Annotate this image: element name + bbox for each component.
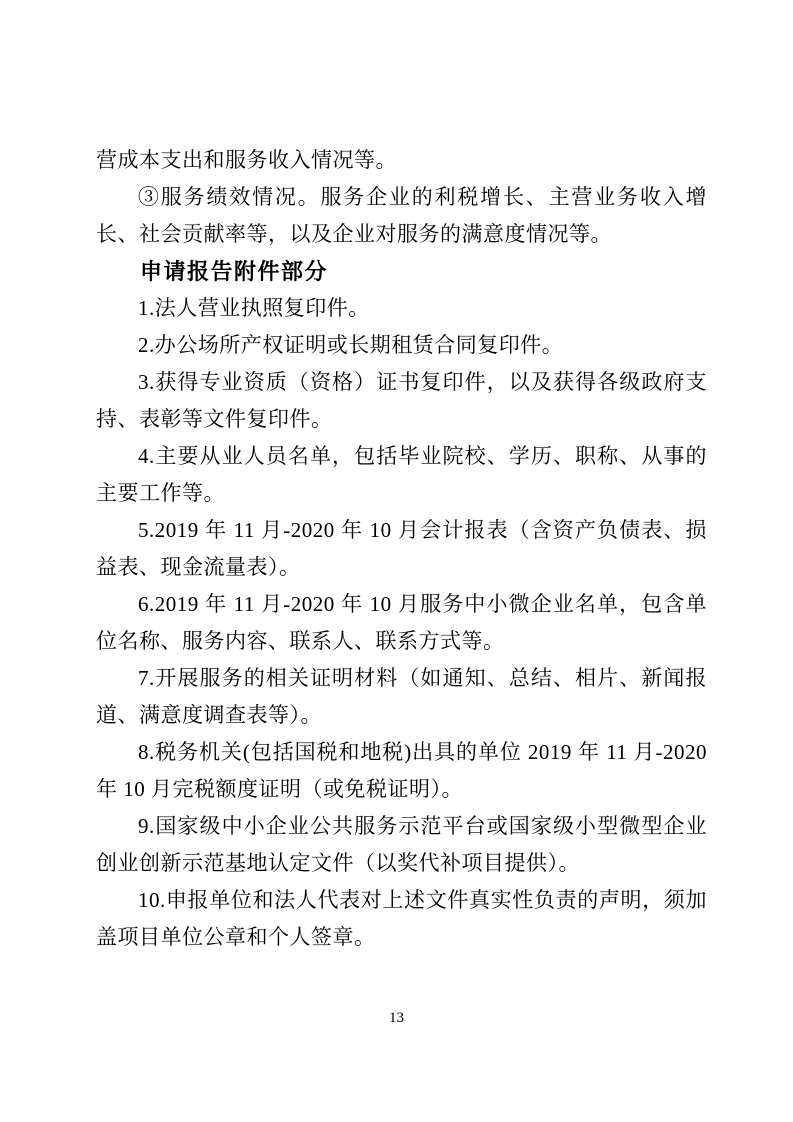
document-page: 营成本支出和服务收入情况等。 ③服务绩效情况。服务企业的利税增长、主营业务收入增… bbox=[0, 0, 793, 1122]
attachment-item-6: 6.2019 年 11 月-2020 年 10 月服务中小微企业名单，包含单位名… bbox=[96, 586, 707, 660]
attachment-item-5: 5.2019 年 11 月-2020 年 10 月会计报表（含资产负债表、损益表… bbox=[96, 512, 707, 586]
attachment-item-2: 2.办公场所产权证明或长期租赁合同复印件。 bbox=[96, 327, 707, 364]
attachment-item-1: 1.法人营业执照复印件。 bbox=[96, 290, 707, 327]
attachment-item-7: 7.开展服务的相关证明材料（如通知、总结、相片、新闻报道、满意度调查表等）。 bbox=[96, 660, 707, 734]
page-number: 13 bbox=[389, 1010, 404, 1026]
page-footer: 13 bbox=[0, 1008, 793, 1028]
attachment-item-4: 4.主要从业人员名单，包括毕业院校、学历、职称、从事的主要工作等。 bbox=[96, 438, 707, 512]
document-body: 营成本支出和服务收入情况等。 ③服务绩效情况。服务企业的利税增长、主营业务收入增… bbox=[96, 142, 707, 956]
paragraph-continuation: 营成本支出和服务收入情况等。 bbox=[96, 142, 707, 179]
attachment-item-8: 8.税务机关(包括国税和地税)出具的单位 2019 年 11 月-2020 年 … bbox=[96, 734, 707, 808]
attachment-item-3: 3.获得专业资质（资格）证书复印件，以及获得各级政府支持、表彰等文件复印件。 bbox=[96, 364, 707, 438]
paragraph-service-performance: ③服务绩效情况。服务企业的利税增长、主营业务收入增长、社会贡献率等，以及企业对服… bbox=[96, 179, 707, 253]
attachments-section-heading: 申请报告附件部分 bbox=[96, 253, 707, 290]
attachment-item-10: 10.申报单位和法人代表对上述文件真实性负责的声明，须加盖项目单位公章和个人签章… bbox=[96, 882, 707, 956]
attachment-item-9: 9.国家级中小企业公共服务示范平台或国家级小型微型企业创业创新示范基地认定文件（… bbox=[96, 808, 707, 882]
